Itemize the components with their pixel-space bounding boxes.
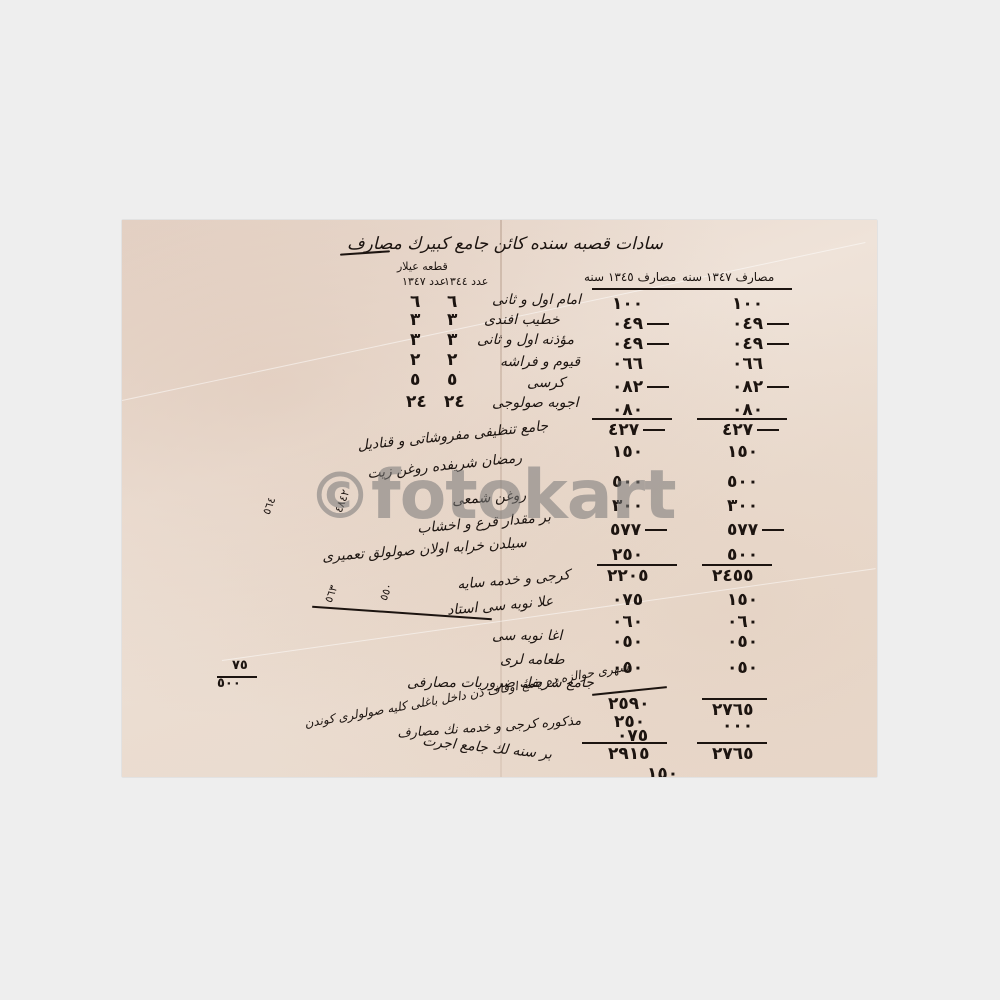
row-value-1347: ٠٨٢ xyxy=(732,377,789,397)
row-value-1347: ٠٦٠ xyxy=(727,612,758,632)
row-value-1347: ٠٤٩ xyxy=(732,314,789,334)
row-value-1347: ١٥٠ xyxy=(727,590,758,610)
row-label: امام اول و ثانى xyxy=(492,292,581,308)
header-1345: مصارف ١٣٤٥ سنه xyxy=(584,270,676,284)
row-label: طعامه لرى xyxy=(500,652,565,668)
row-value-1345: ٠٧٥ xyxy=(612,590,643,610)
header-rule xyxy=(677,288,792,290)
row-value-1347: ٥٠٠ xyxy=(727,472,758,492)
row-count: ٣ xyxy=(410,330,420,350)
row-count: ٣ xyxy=(447,330,457,350)
row-count: ٢٤ xyxy=(444,392,465,412)
row-value-1347: ٥٧٧ xyxy=(727,520,784,540)
extra-row-1347: ٠٠٠ xyxy=(722,716,753,736)
row-value-1347: ٠٥٠ xyxy=(727,632,758,652)
row-count: ٣ xyxy=(410,310,420,330)
row-value-1345: ٠٥٠ xyxy=(612,632,643,652)
row-count: ٦ xyxy=(447,292,457,312)
row-count: ٣ xyxy=(447,310,457,330)
watermark-text: fotokart xyxy=(371,456,676,535)
row-value-1347: ٠٦٦ xyxy=(732,354,763,374)
margin-fraction-bottom: ٥٠٠ xyxy=(217,676,241,691)
copyright-icon: © xyxy=(308,460,371,534)
row-value-1345: ٢٥٠ xyxy=(612,545,643,565)
row-label: خطيب افندى xyxy=(484,312,560,328)
row-count: ٦ xyxy=(410,292,420,312)
row-value-1347: ٥٠٠ xyxy=(727,545,758,565)
subtotal-1345: ٤٢٧ xyxy=(608,420,665,440)
row-count: ٥ xyxy=(447,370,457,390)
row-value-1345: ٠٤٩ xyxy=(612,314,669,334)
row-value-1345: ٠٦٠ xyxy=(612,612,643,632)
footer-label: بر سنه لك جامع اجرت xyxy=(422,733,553,763)
side-note: ٥٦٤ xyxy=(260,495,278,516)
row-label: قيوم و فراشه xyxy=(500,354,580,370)
row-value-1345: ٠٨٢ xyxy=(612,377,669,397)
row-value-1345: ٠٦٦ xyxy=(612,354,643,374)
header-count-b: عدد ١٣٤٤ xyxy=(444,275,488,288)
row-value-1347: ٠٥٠ xyxy=(727,658,758,678)
row-label: مؤذنه اول و ثانى xyxy=(477,332,574,348)
grand-total-1345: ٢٩١٥ xyxy=(608,744,650,764)
side-note: ٥٥٠ xyxy=(377,581,395,602)
margin-fraction-top: ٧٥ xyxy=(232,658,248,673)
row-value-1345: ٠٤٩ xyxy=(612,334,669,354)
row-count: ٥ xyxy=(410,370,420,390)
document-title: سادات قصبه سنده كائن جامع كبيرك مصارف xyxy=(347,234,663,254)
row-label: كرجى و خدمه سايه xyxy=(457,567,571,593)
row-label: سيلدن خرابه اولان صولولق تعميرى xyxy=(322,535,527,565)
row-value-1345: ٠٨٠ xyxy=(612,400,643,420)
subtotal-1347: ٤٢٧ xyxy=(722,420,779,440)
header-rule xyxy=(592,288,677,290)
row-label: جامع تنظيفى مفروشاتى و قناديل xyxy=(357,418,549,454)
row-count: ٢ xyxy=(447,350,457,370)
total-1345: ٢٥٩٠ xyxy=(608,694,650,714)
row-value-1347: ٠٤٩ xyxy=(732,334,789,354)
row-value-1347: ١٠٠ xyxy=(732,294,763,314)
row-label: اغا نوبه سى xyxy=(492,628,562,644)
row-count: ٢٤ xyxy=(406,392,427,412)
header-count-a: عدد ١٣٤٧ xyxy=(402,275,446,288)
row-value-1347: ٣٠٠ xyxy=(727,496,758,516)
row-count: ٢ xyxy=(410,350,420,370)
subtotal-1345: ٢٢٠٥ xyxy=(607,566,649,586)
row-label: كرسى xyxy=(527,375,565,391)
row-value-1347: ٠٨٠ xyxy=(732,400,763,420)
footer-value: ١٥٠ xyxy=(647,764,678,777)
subtotal-1347: ٢٤٥٥ xyxy=(712,566,754,586)
row-value-1345: ١٠٠ xyxy=(612,294,643,314)
header-1347: مصارف ١٣٤٧ سنه xyxy=(682,270,774,284)
header-pieces: قطعه عيلار xyxy=(397,260,448,273)
fotokart-watermark: ©fotokart xyxy=(308,462,676,530)
side-note: ٥٦٣ xyxy=(322,583,340,604)
row-value-1347: ١٥٠ xyxy=(727,442,758,462)
grand-total-1347: ٢٧٦٥ xyxy=(712,744,754,764)
row-label: اجوبه صولوجى xyxy=(492,395,579,411)
